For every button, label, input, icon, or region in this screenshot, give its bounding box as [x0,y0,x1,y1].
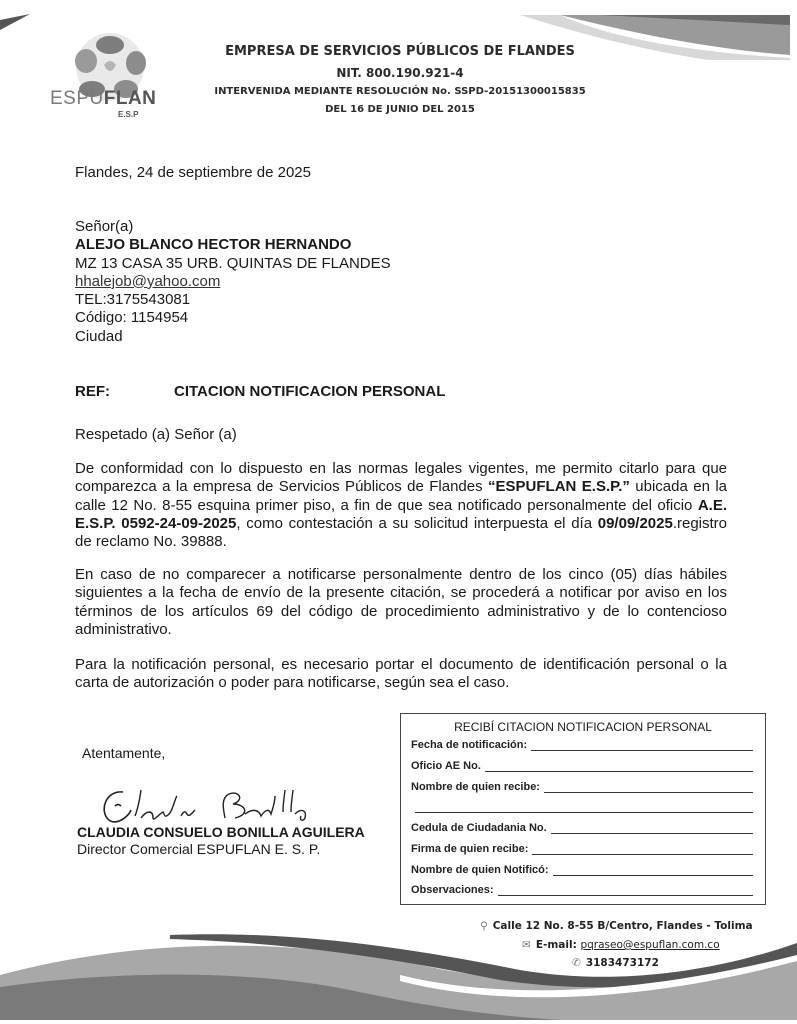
logo-wordmark: ESPUFLAN [50,88,156,110]
recipient-email-link[interactable]: hhalejob@yahoo.com [75,273,391,291]
company-nit: NIT. 800.190.921-4 [200,66,600,80]
reference-line: REF: CITACION NOTIFICACION PERSONAL [75,383,110,400]
field-line[interactable] [498,885,753,896]
paragraph-non-appearance: En caso de no comparecer a notificarse p… [75,566,727,639]
field-id-number[interactable]: Cedula de Ciudadania No. [411,822,753,834]
signer-role: Director Comercial ESPUFLAN E. S. P. [77,841,320,858]
recipient-block: Señor(a) ALEJO BLANCO HECTOR HERNANDO MZ… [75,218,391,346]
field-oficio-number[interactable]: Oficio AE No. [411,760,753,772]
place-date: Flandes, 24 de septiembre de 2025 [75,164,311,182]
location-pin-icon: ⚲ [480,920,488,932]
field-receiver-signature[interactable]: Firma de quien recibe: [411,843,753,855]
reference-label: REF: [75,383,110,400]
footer-address: ⚲Calle 12 No. 8-55 B/Centro, Flandes - T… [480,920,753,932]
recipient-salutation: Señor(a) [75,218,391,236]
greeting: Respetado (a) Señor (a) [75,426,237,444]
reference-value: CITACION NOTIFICACION PERSONAL [174,383,445,400]
field-receiver-name[interactable]: Nombre de quien recibe: [411,781,753,793]
logo-subtext: E.S.P [118,110,138,119]
footer-phone: ✆3183473172 [572,957,659,969]
receipt-form: RECIBÍ CITACION NOTIFICACION PERSONAL Fe… [400,713,766,905]
recipient-phone: TEL:3175543081 [75,291,391,309]
paragraph-citation: De conformidad con lo dispuesto en las n… [75,460,727,551]
field-observations[interactable]: Observaciones: [411,884,753,896]
paragraph-requirements: Para la notificación personal, es necesa… [75,656,727,693]
field-line[interactable] [531,740,753,751]
field-notification-date[interactable]: Fecha de notificación: [411,739,753,751]
footer-email-link[interactable]: pqraseo@espuflan.com.co [580,939,719,951]
espuflan-logo-icon [60,25,160,125]
field-line[interactable] [485,761,753,772]
field-line[interactable] [415,802,753,813]
recipient-code: Código: 1154954 [75,309,391,327]
signer-name: CLAUDIA CONSUELO BONILLA AGUILERA [77,824,365,841]
footer-email: ✉E-mail: pqraseo@espuflan.com.co [522,939,720,951]
resolution-date: DEL 16 DE JUNIO DEL 2015 [200,104,600,115]
field-line[interactable] [532,844,753,855]
field-line[interactable] [553,865,754,876]
field-line[interactable] [551,823,753,834]
closing: Atentamente, [82,745,165,761]
recipient-city: Ciudad [75,328,391,346]
phone-icon: ✆ [572,957,581,969]
intervention-resolution: INTERVENIDA MEDIANTE RESOLUCIÓN No. SSPD… [200,86,600,97]
company-name: EMPRESA DE SERVICIOS PÚBLICOS DE FLANDES [200,44,600,59]
recipient-name: ALEJO BLANCO HECTOR HERNANDO [75,236,391,254]
field-receiver-name-continued[interactable] [411,802,753,813]
field-notifier-name[interactable]: Nombre de quien Notificó: [411,864,753,876]
email-icon: ✉ [522,939,531,951]
recipient-address: MZ 13 CASA 35 URB. QUINTAS DE FLANDES [75,255,391,273]
field-line[interactable] [544,782,753,793]
receipt-form-title: RECIBÍ CITACION NOTIFICACION PERSONAL [401,720,765,734]
